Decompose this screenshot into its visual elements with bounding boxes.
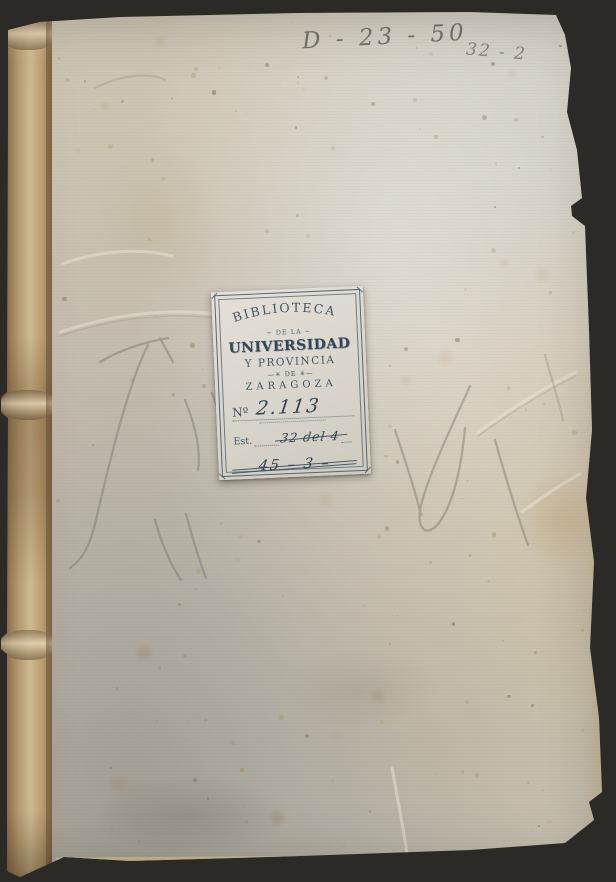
foxing-spot [419, 128, 421, 130]
foxing-spot [397, 615, 398, 616]
foxing-spot [240, 768, 243, 771]
dotted-rule [260, 420, 326, 424]
foxing-spot [151, 158, 154, 161]
foxing-spot [452, 622, 455, 625]
foxing-blotch [111, 777, 124, 790]
foxing-blotch [509, 71, 516, 78]
foxing-spot [172, 393, 175, 396]
foxing-spot [296, 214, 299, 217]
accession-number-handwritten: 2.113 [255, 397, 322, 419]
foxing-blotch [271, 811, 284, 824]
foxing-spot [202, 368, 203, 369]
foxing-spot [245, 820, 249, 824]
foxing-blotch [402, 376, 410, 384]
book-cover: D - 23 - 50 32 - 2 BIBLIOTECA ~ DE LA ~ … [0, 0, 616, 882]
foxing-spot [235, 557, 240, 562]
foxing-spot [194, 588, 196, 590]
foxing-spot [421, 513, 424, 516]
foxing-spot [429, 52, 433, 56]
foxing-blotch [501, 260, 508, 267]
foxing-spot [583, 610, 585, 612]
foxing-spot [190, 343, 195, 348]
foxing-spot [514, 118, 518, 122]
foxing-spot [525, 409, 527, 411]
foxing-spot [572, 430, 577, 435]
foxing-spot [305, 734, 309, 738]
old-shelfmark-row: 45 – 3 – [228, 451, 361, 476]
foxing-spot [465, 700, 469, 704]
foxing-spot [212, 90, 216, 94]
foxing-spot [380, 720, 384, 724]
arched-title: BIBLIOTECA [221, 296, 354, 328]
foxing-spot [547, 820, 552, 825]
foxing-blotch [137, 646, 150, 659]
foxing-blotch [568, 47, 577, 56]
foxing-spot [502, 640, 504, 642]
foxing-spot [482, 115, 487, 120]
foxing-spot [297, 76, 299, 78]
foxing-spot [582, 729, 584, 731]
old-shelfmark-crossed: 45 – 3 – [258, 455, 332, 474]
foxing-spot [194, 67, 198, 71]
foxing-blotch [320, 494, 332, 506]
foxing-spot [531, 704, 534, 707]
foxing-spot [292, 23, 293, 24]
number-label: Nº [232, 405, 249, 420]
foxing-spot [434, 135, 437, 138]
shelf-value-crossed: 32 del 4 [279, 428, 340, 446]
foxing-spot [193, 778, 197, 782]
foxing-spot [534, 651, 537, 654]
foxing-spot [543, 403, 546, 406]
shelf-row: Est. 32 del 4 [233, 427, 354, 447]
scan-stage: D - 23 - 50 32 - 2 BIBLIOTECA ~ DE LA ~ … [0, 0, 616, 882]
bookplate-content: BIBLIOTECA ~ DE LA ~ UNIVERSIDAD Y PROVI… [221, 296, 360, 470]
foxing-spot [331, 779, 334, 782]
foxing-spot [455, 338, 460, 343]
foxing-spot [371, 102, 375, 106]
foxing-spot [66, 79, 68, 81]
foxing-blotch [101, 104, 108, 111]
foxing-spot [581, 629, 584, 632]
foxing-spot [207, 797, 210, 800]
foxing-spot [92, 444, 94, 446]
foxing-blotch [439, 351, 452, 364]
library-bookplate: BIBLIOTECA ~ DE LA ~ UNIVERSIDAD Y PROVI… [211, 286, 371, 480]
shelf-label: Est. [233, 436, 252, 448]
foxing-spot [191, 73, 196, 78]
foxing-spot [56, 499, 59, 502]
foxing-spot [238, 535, 242, 539]
foxing-spot [235, 110, 237, 112]
foxing-spot [183, 654, 187, 658]
foxing-spot [491, 248, 495, 252]
foxing-blotch [156, 36, 167, 47]
foxing-spot [467, 480, 468, 481]
foxing-spot [388, 424, 392, 428]
foxing-spot [204, 719, 207, 722]
foxing-spot [306, 234, 310, 238]
foxing-spot [116, 687, 118, 689]
foxing-spot [279, 715, 284, 720]
foxing-spot [257, 540, 261, 544]
foxing-spot [207, 637, 209, 639]
foxing-spot [108, 144, 113, 149]
foxing-spot [62, 297, 67, 302]
foxing-spot [538, 825, 540, 827]
foxing-spot [331, 146, 335, 150]
foxing-spot [559, 45, 562, 48]
foxing-spot [389, 643, 391, 645]
foxing-spot [196, 569, 201, 574]
svg-text:BIBLIOTECA: BIBLIOTECA [230, 298, 338, 325]
foxing-spot [162, 177, 165, 180]
foxing-spot [384, 455, 387, 458]
foxing-spot [343, 845, 345, 847]
foxing-spot [489, 28, 490, 29]
foxing-spot [300, 185, 301, 186]
foxing-spot [184, 170, 185, 171]
accession-number-row: Nº 2.113 [232, 395, 355, 421]
foxing-spot [221, 287, 222, 288]
foxing-spot [385, 526, 389, 530]
foxing-spot [491, 62, 495, 66]
foxing-spot [220, 522, 223, 525]
foxing-spot [156, 720, 157, 721]
